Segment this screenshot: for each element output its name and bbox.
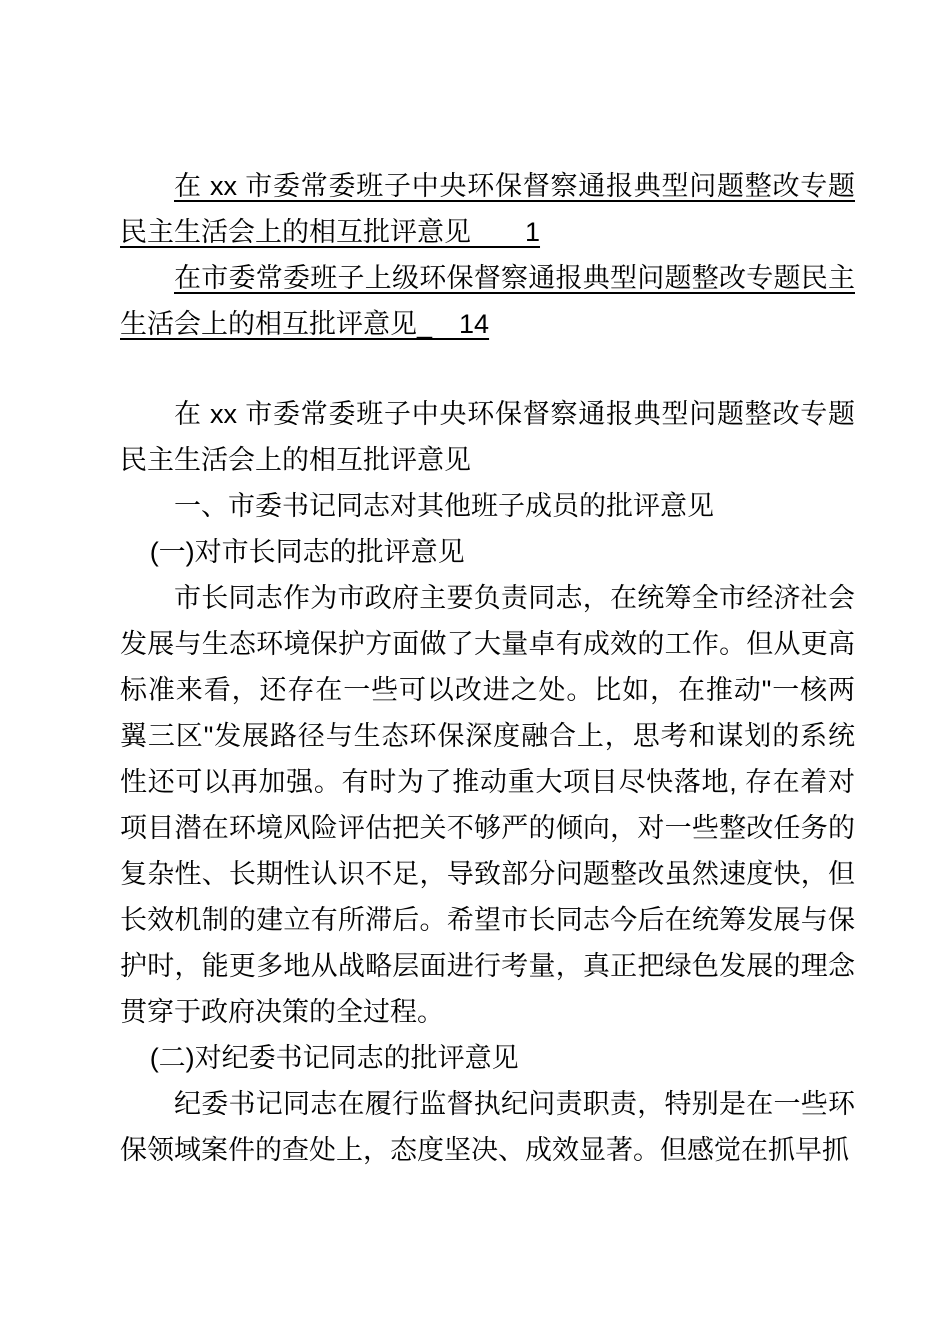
- body-paragraph: 市长同志作为市政府主要负责同志，在统筹全市经济社会发展与生态环境保护方面做了大量…: [120, 575, 855, 1035]
- document-body: 在 xx 市委常委班子中央环保督察通报典型问题整改专题民主生活会上的相互批评意见…: [120, 391, 855, 1173]
- body-paragraph: 纪委书记同志在履行监督执纪问责职责，特别是在一些环保领域案件的查处上，态度坚决、…: [120, 1081, 855, 1173]
- table-of-contents: 在 xx 市委常委班子中央环保督察通报典型问题整改专题民主生活会上的相互批评意见…: [120, 163, 855, 347]
- toc-body-gap: [120, 347, 855, 391]
- toc-entry[interactable]: 在 xx 市委常委班子中央环保督察通报典型问题整改专题民主生活会上的相互批评意见…: [120, 163, 855, 255]
- section-heading: 一、市委书记同志对其他班子成员的批评意见: [120, 483, 855, 529]
- toc-entry[interactable]: 在市委常委班子上级环保督察通报典型问题整改专题民主生活会上的相互批评意见_ 14: [120, 255, 855, 347]
- doc-title: 在 xx 市委常委班子中央环保督察通报典型问题整改专题民主生活会上的相互批评意见: [120, 391, 855, 483]
- sub-heading: (二)对纪委书记同志的批评意见: [120, 1035, 855, 1081]
- sub-heading: (一)对市长同志的批评意见: [120, 529, 855, 575]
- document-page: 在 xx 市委常委班子中央环保督察通报典型问题整改专题民主生活会上的相互批评意见…: [0, 0, 950, 1344]
